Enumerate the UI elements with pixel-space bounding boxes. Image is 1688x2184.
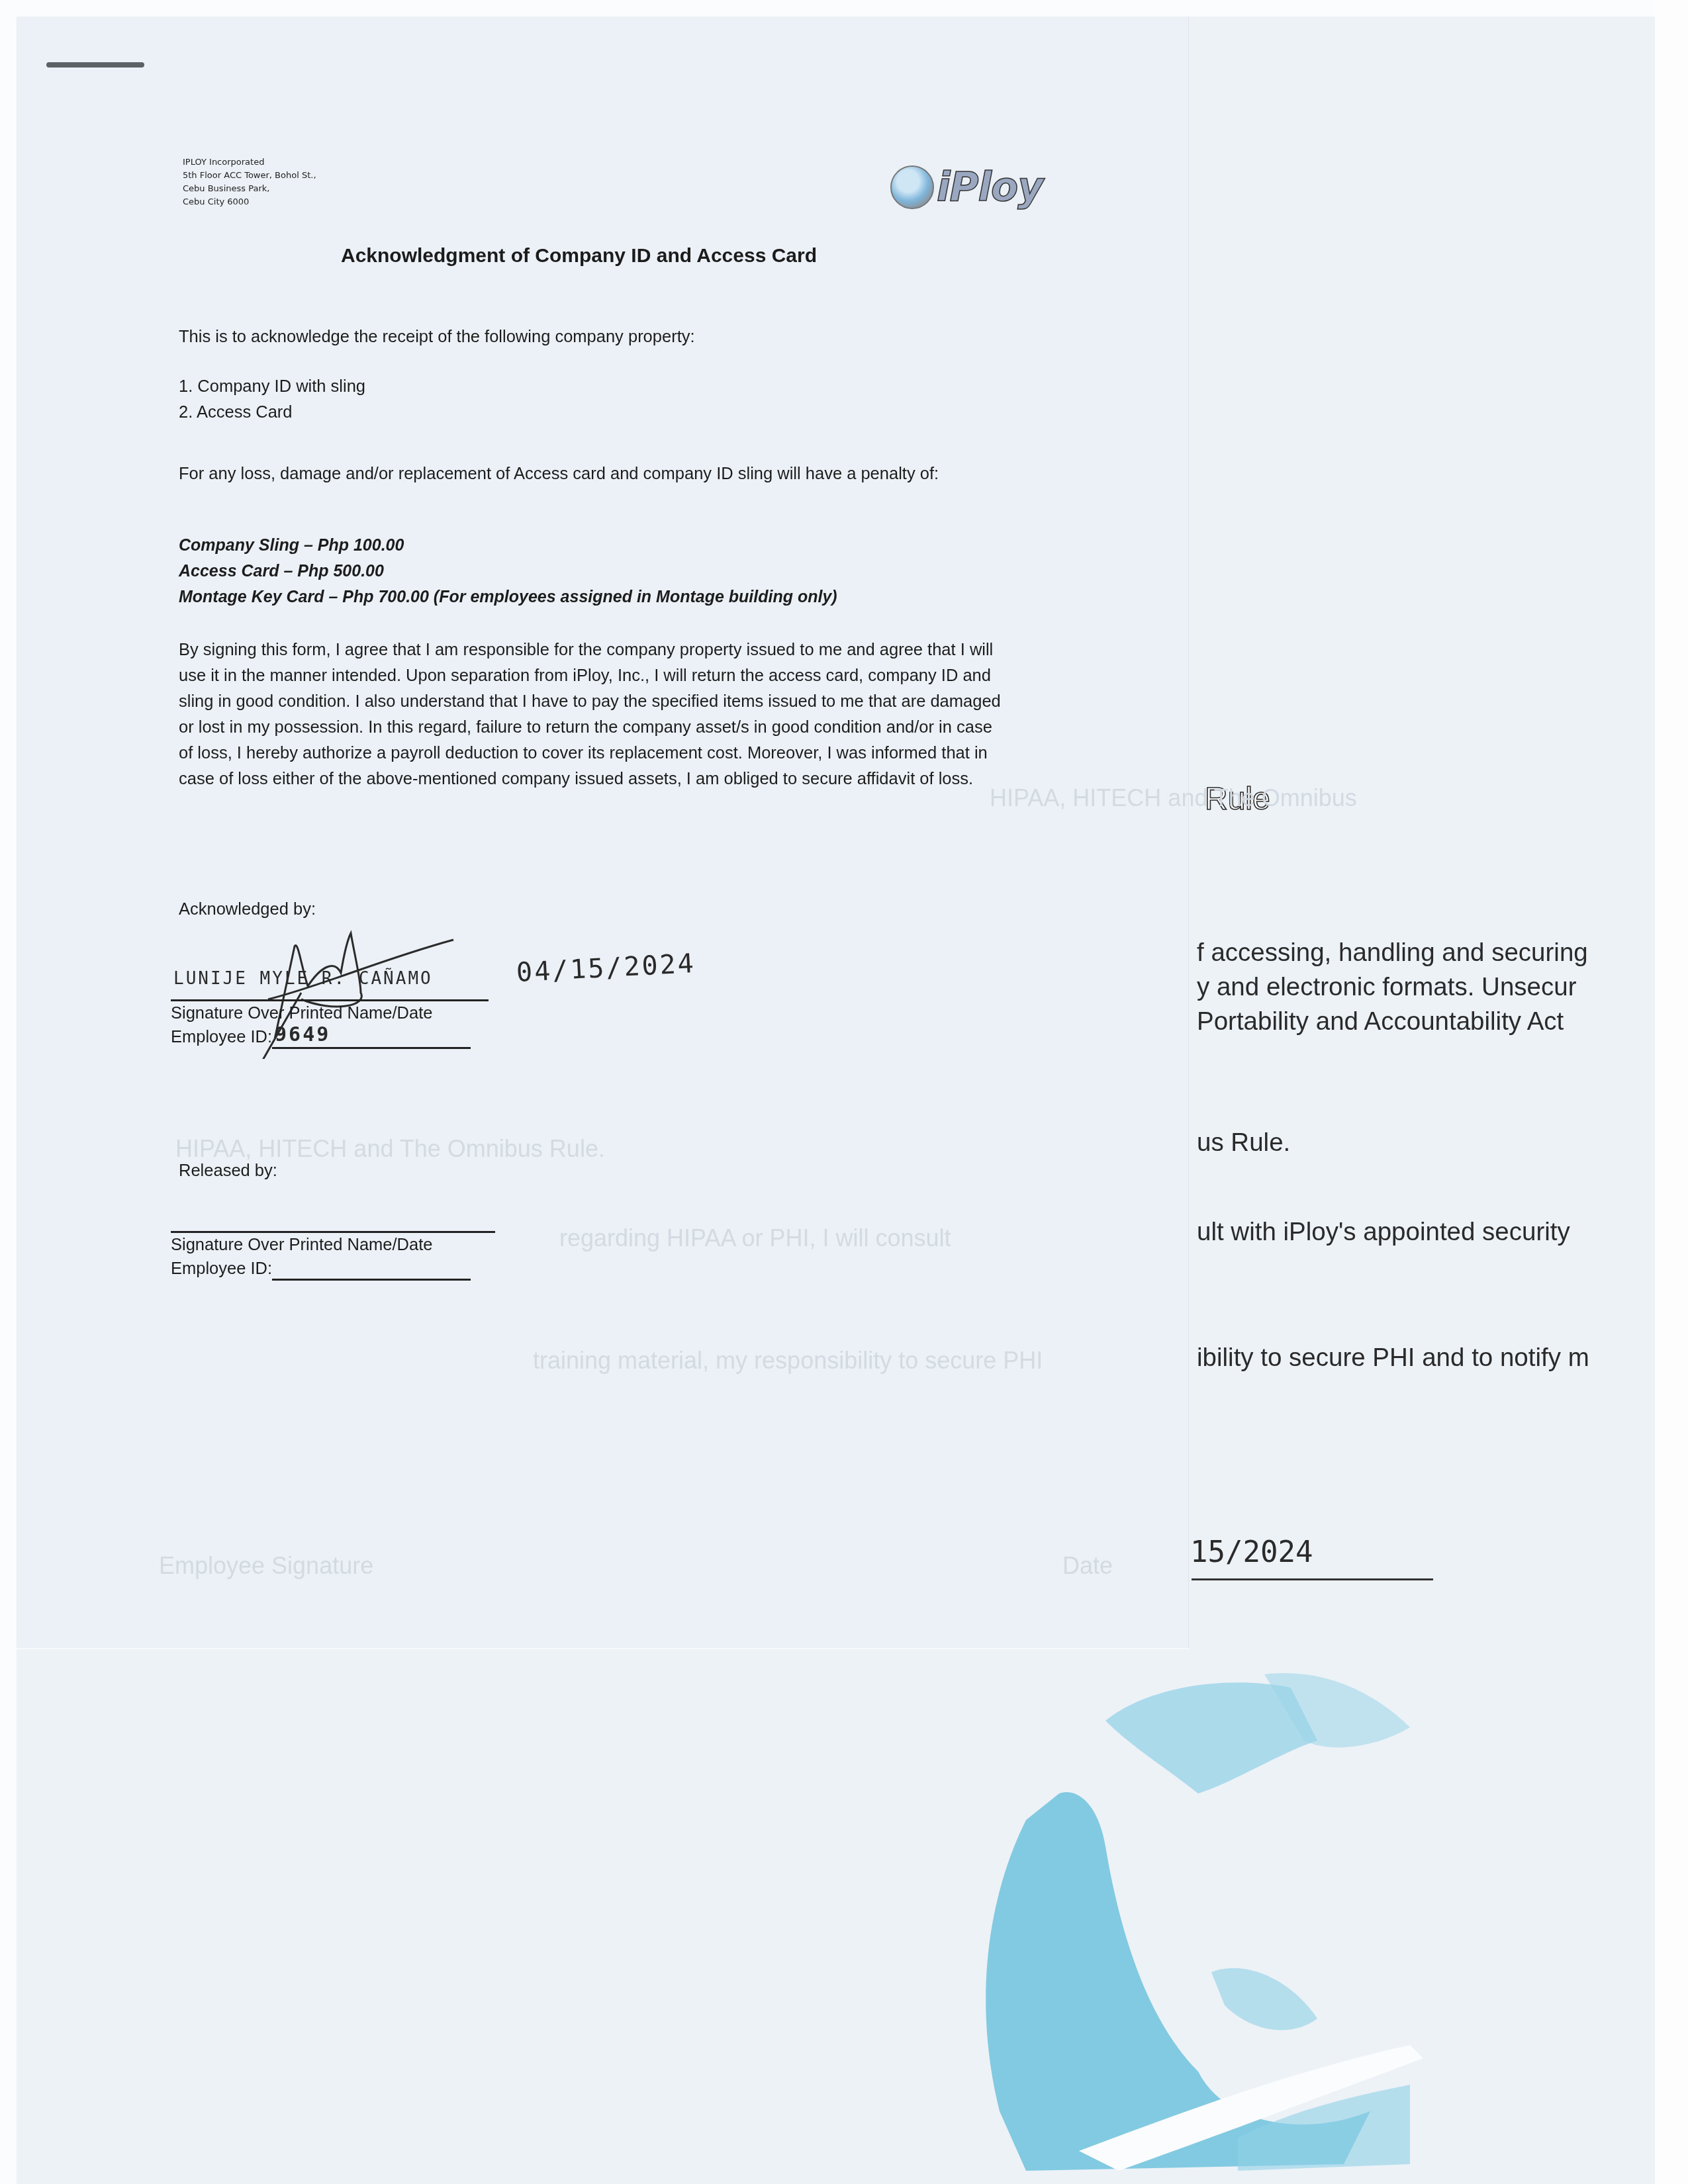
property-list: 1. Company ID with sling 2. Access Card [179,374,365,426]
signature-caption: Signature Over Printed Name/Date [171,1233,489,1257]
ghost-line: Employee Signature [159,1552,373,1580]
employee-id-label: Employee ID: [171,1259,272,1278]
address-line: Cebu Business Park, [183,183,316,196]
list-item: 1. Company ID with sling [179,374,365,400]
ghost-line: Date [1062,1552,1113,1580]
underlying-date-line [1192,1578,1433,1580]
underlying-line: f accessing, handling and securing [1197,938,1588,968]
released-signature-block: Signature Over Printed Name/Date Employe… [171,1231,489,1281]
address-line: Cebu City 6000 [183,196,316,209]
acknowledged-by-label: Acknowledged by: [179,897,316,923]
ghost-title: HIPAA, HITECH and The Omnibus [990,784,1357,812]
underlying-line: us Rule. [1197,1128,1290,1158]
ghost-line: regarding HIPAA or PHI, I will consult [559,1224,951,1252]
iploy-logo: iPloy [890,164,1043,210]
penalty-item: Montage Key Card – Php 700.00 (For emplo… [179,584,837,610]
address-line: 5th Floor ACC Tower, Bohol St., [183,169,316,183]
employee-id-row: Employee ID: [171,1257,489,1281]
released-by-label: Released by: [179,1158,277,1184]
underlying-handwritten-date: 15/2024 [1190,1535,1313,1569]
list-item: 2. Access Card [179,400,365,426]
penalty-item: Company Sling – Php 100.00 [179,533,837,559]
underlying-line: y and electronic formats. Unsecur [1197,973,1576,1002]
company-address: IPLOY Incorporated 5th Floor ACC Tower, … [183,156,316,209]
page-title: Acknowledgment of Company ID and Access … [341,245,817,267]
staple [46,62,144,68]
underlying-line: Portability and Accountability Act [1197,1007,1564,1036]
penalty-intro: For any loss, damage and/or replacement … [179,461,1013,487]
acknowledged-signature-block: Signature Over Printed Name/Date Employe… [171,966,489,1049]
penalty-list: Company Sling – Php 100.00 Access Card –… [179,533,837,610]
globe-watermark-icon [947,1648,1516,2177]
logo-text: iPloy [937,164,1043,210]
page-margin [1655,0,1688,2184]
ghost-line: training material, my responsibility to … [533,1347,1043,1375]
logo-globe-icon [890,165,934,209]
underlying-line: ult with iPloy's appointed security [1197,1218,1570,1247]
employee-id-field[interactable]: 9649 [272,1028,471,1049]
intro-text: This is to acknowledge the receipt of th… [179,324,695,350]
agreement-text: By signing this form, I agree that I am … [179,637,1009,792]
employee-id-label: Employee ID: [171,1028,272,1046]
address-line: IPLOY Incorporated [183,156,316,169]
employee-id-row: Employee ID:9649 [171,1025,489,1049]
penalty-item: Access Card – Php 500.00 [179,559,837,584]
employee-id-value: 9649 [275,1023,330,1047]
signature-caption: Signature Over Printed Name/Date [171,1001,489,1025]
underlying-line: ibility to secure PHI and to notify m [1197,1343,1589,1373]
employee-id-field[interactable] [272,1260,471,1281]
